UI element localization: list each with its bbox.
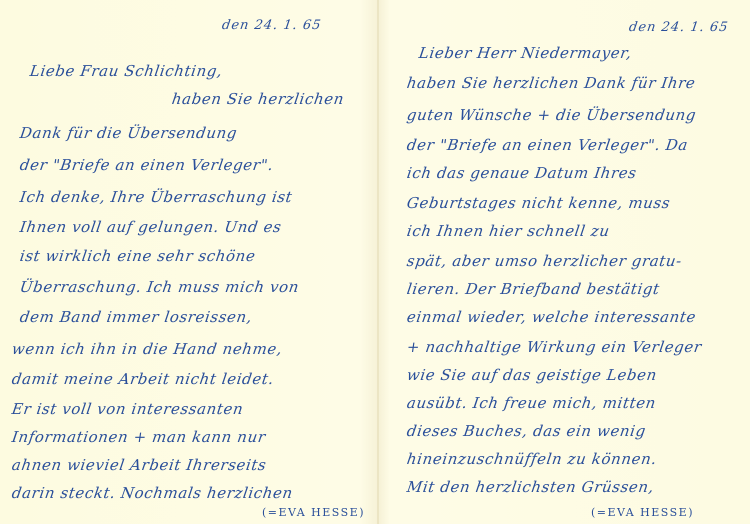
right-page: den 24. 1. 65 Lieber Herr Niedermayer, h… bbox=[379, 0, 750, 524]
left-page: den 24. 1. 65 Liebe Frau Schlichting, ha… bbox=[0, 0, 376, 524]
letter-line: haben Sie herzlichen bbox=[171, 90, 346, 108]
letter-line: ahnen wieviel Arbeit Ihrerseits bbox=[11, 456, 268, 474]
letter-line: Dank für die Übersendung bbox=[19, 124, 239, 142]
letter-line: Geburtstages nicht kenne, muss bbox=[406, 194, 672, 212]
letter-line: spät, aber umso herzlicher gratu- bbox=[406, 252, 683, 270]
printed-name: (=EVA HESSE) bbox=[591, 506, 694, 519]
letter-line: Informationen + man kann nur bbox=[11, 428, 267, 446]
letter-line: guten Wünsche + die Übersendung bbox=[406, 106, 698, 124]
salutation: Liebe Frau Schlichting, bbox=[29, 62, 224, 80]
letter-line: haben Sie herzlichen Dank für Ihre bbox=[406, 74, 697, 92]
letter-line: ausübt. Ich freue mich, mitten bbox=[406, 394, 658, 412]
letter-line: wenn ich ihn in die Hand nehme, bbox=[11, 340, 284, 358]
letter-line: der "Briefe an einen Verleger". bbox=[19, 156, 275, 174]
letter-line: Er ist voll von interessanten bbox=[11, 400, 245, 418]
letter-line: dieses Buches, das ein wenig bbox=[406, 422, 647, 440]
letter-line: Ich denke, Ihre Überraschung ist bbox=[19, 188, 294, 206]
date: den 24. 1. 65 bbox=[221, 18, 323, 33]
date: den 24. 1. 65 bbox=[628, 20, 730, 35]
letter-line: + nachhaltige Wirkung ein Verleger bbox=[406, 338, 703, 356]
letter-line: ich das genaue Datum Ihres bbox=[406, 164, 638, 182]
printed-name: (=EVA HESSE) bbox=[262, 506, 365, 519]
letter-line: ich Ihnen hier schnell zu bbox=[406, 222, 611, 240]
salutation: Lieber Herr Niedermayer, bbox=[418, 44, 633, 62]
letter-line: Mit den herzlichsten Grüssen, bbox=[406, 478, 656, 496]
letter-line: damit meine Arbeit nicht leidet. bbox=[11, 370, 275, 388]
letter-line: wie Sie auf das geistige Leben bbox=[406, 366, 658, 384]
letter-scan: den 24. 1. 65 Liebe Frau Schlichting, ha… bbox=[0, 0, 750, 524]
letter-line: Ihnen voll auf gelungen. Und es bbox=[19, 218, 283, 236]
letter-line: Überraschung. Ich muss mich von bbox=[19, 278, 301, 296]
letter-line: lieren. Der Briefband bestätigt bbox=[406, 280, 661, 298]
letter-line: dem Band immer losreissen, bbox=[19, 308, 254, 326]
letter-line: der "Briefe an einen Verleger". Da bbox=[406, 136, 690, 154]
letter-line: hineinzuschnüffeln zu können. bbox=[406, 450, 658, 468]
letter-line: einmal wieder, welche interessante bbox=[406, 308, 698, 326]
letter-line: ist wirklich eine sehr schöne bbox=[19, 247, 257, 265]
letter-line: darin steckt. Nochmals herzlichen bbox=[11, 484, 294, 502]
